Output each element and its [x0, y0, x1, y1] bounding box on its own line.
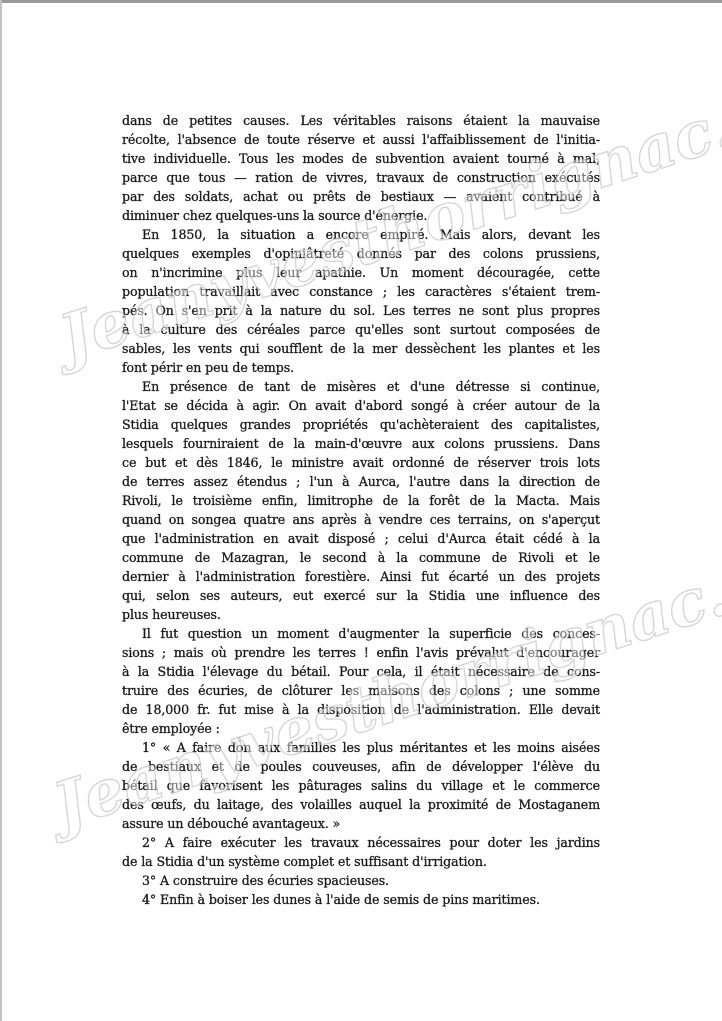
text-line: plus heureuses.: [122, 605, 600, 624]
text-line: parce que tous — ration de vivres, trava…: [122, 168, 600, 187]
text-line: 3° A construire des écuries spacieuses.: [122, 871, 600, 890]
text-line: à la culture des céréales parce qu'elles…: [122, 320, 600, 339]
text-line: quand on songea quatre ans après à vendr…: [122, 510, 600, 529]
text-line: pés. On s'en prit à la nature du sol. Le…: [122, 301, 600, 320]
text-line: Rivoli, le troisième enfin, limitrophe d…: [122, 491, 600, 510]
text-line: sables, les vents qui soufflent de la me…: [122, 339, 600, 358]
text-line: quelques exemples d'opiniâtreté donnés p…: [122, 244, 600, 263]
text-line: par des soldats, achat ou prêts de besti…: [122, 187, 600, 206]
text-line: assure un débouché avantageux. »: [122, 814, 600, 833]
text-line: être employée :: [122, 719, 600, 738]
text-line: sions ; mais où prendre les terres ! enf…: [122, 643, 600, 662]
text-line: 4° Enfin à boiser les dunes à l'aide de …: [122, 890, 600, 909]
text-line: commune de Mazagran, le second à la comm…: [122, 548, 600, 567]
text-line: on n'incrimine plus leur apathie. Un mom…: [122, 263, 600, 282]
text-line: de bestiaux et de poules couveuses, afin…: [122, 757, 600, 776]
text-line: tive individuelle. Tous les modes de sub…: [122, 149, 600, 168]
text-line: population travaillait avec constance ; …: [122, 282, 600, 301]
text-line: 2° A faire exécuter les travaux nécessai…: [122, 833, 600, 852]
text-line: diminuer chez quelques-uns la source d'é…: [122, 206, 600, 225]
text-line: de 18,000 fr. fut mise à la disposition …: [122, 700, 600, 719]
text-line: dans de petites causes. Les véritables r…: [122, 111, 600, 130]
text-line: Stidia quelques grandes propriétés qu'ac…: [122, 415, 600, 434]
text-block: dans de petites causes. Les véritables r…: [122, 111, 600, 909]
text-line: récolte, l'absence de toute réserve et a…: [122, 130, 600, 149]
text-line: dernier à l'administration forestière. A…: [122, 567, 600, 586]
text-line: que l'administration en avait disposé ; …: [122, 529, 600, 548]
text-line: à la Stidia l'élevage du bétail. Pour ce…: [122, 662, 600, 681]
scanned-page: dans de petites causes. Les véritables r…: [0, 0, 722, 1021]
text-line: truire des écuries, de clôturer les mais…: [122, 681, 600, 700]
text-line: l'Etat se décida à agir. On avait d'abor…: [122, 396, 600, 415]
scan-edge-left: [0, 0, 2, 1021]
text-line: font périr en peu de temps.: [122, 358, 600, 377]
text-line: de la Stidia d'un système complet et suf…: [122, 852, 600, 871]
text-line: des œufs, du laitage, des volailles auqu…: [122, 795, 600, 814]
text-line: ce but et dès 1846, le ministre avait or…: [122, 453, 600, 472]
text-line: En 1850, la situation a encore empiré. M…: [122, 225, 600, 244]
scan-edge-top: [0, 0, 722, 3]
text-line: de terres assez étendus ; l'un à Aurca, …: [122, 472, 600, 491]
text-line: En présence de tant de misères et d'une …: [122, 377, 600, 396]
text-line: lesquels fourniraient de la main-d'œuvre…: [122, 434, 600, 453]
text-line: bétail que favorisent les pâturages sali…: [122, 776, 600, 795]
text-line: 1° « A faire don aux familles les plus m…: [122, 738, 600, 757]
text-line: Il fut question un moment d'augmenter la…: [122, 624, 600, 643]
text-line: qui, selon ses auteurs, eut exercé sur l…: [122, 586, 600, 605]
